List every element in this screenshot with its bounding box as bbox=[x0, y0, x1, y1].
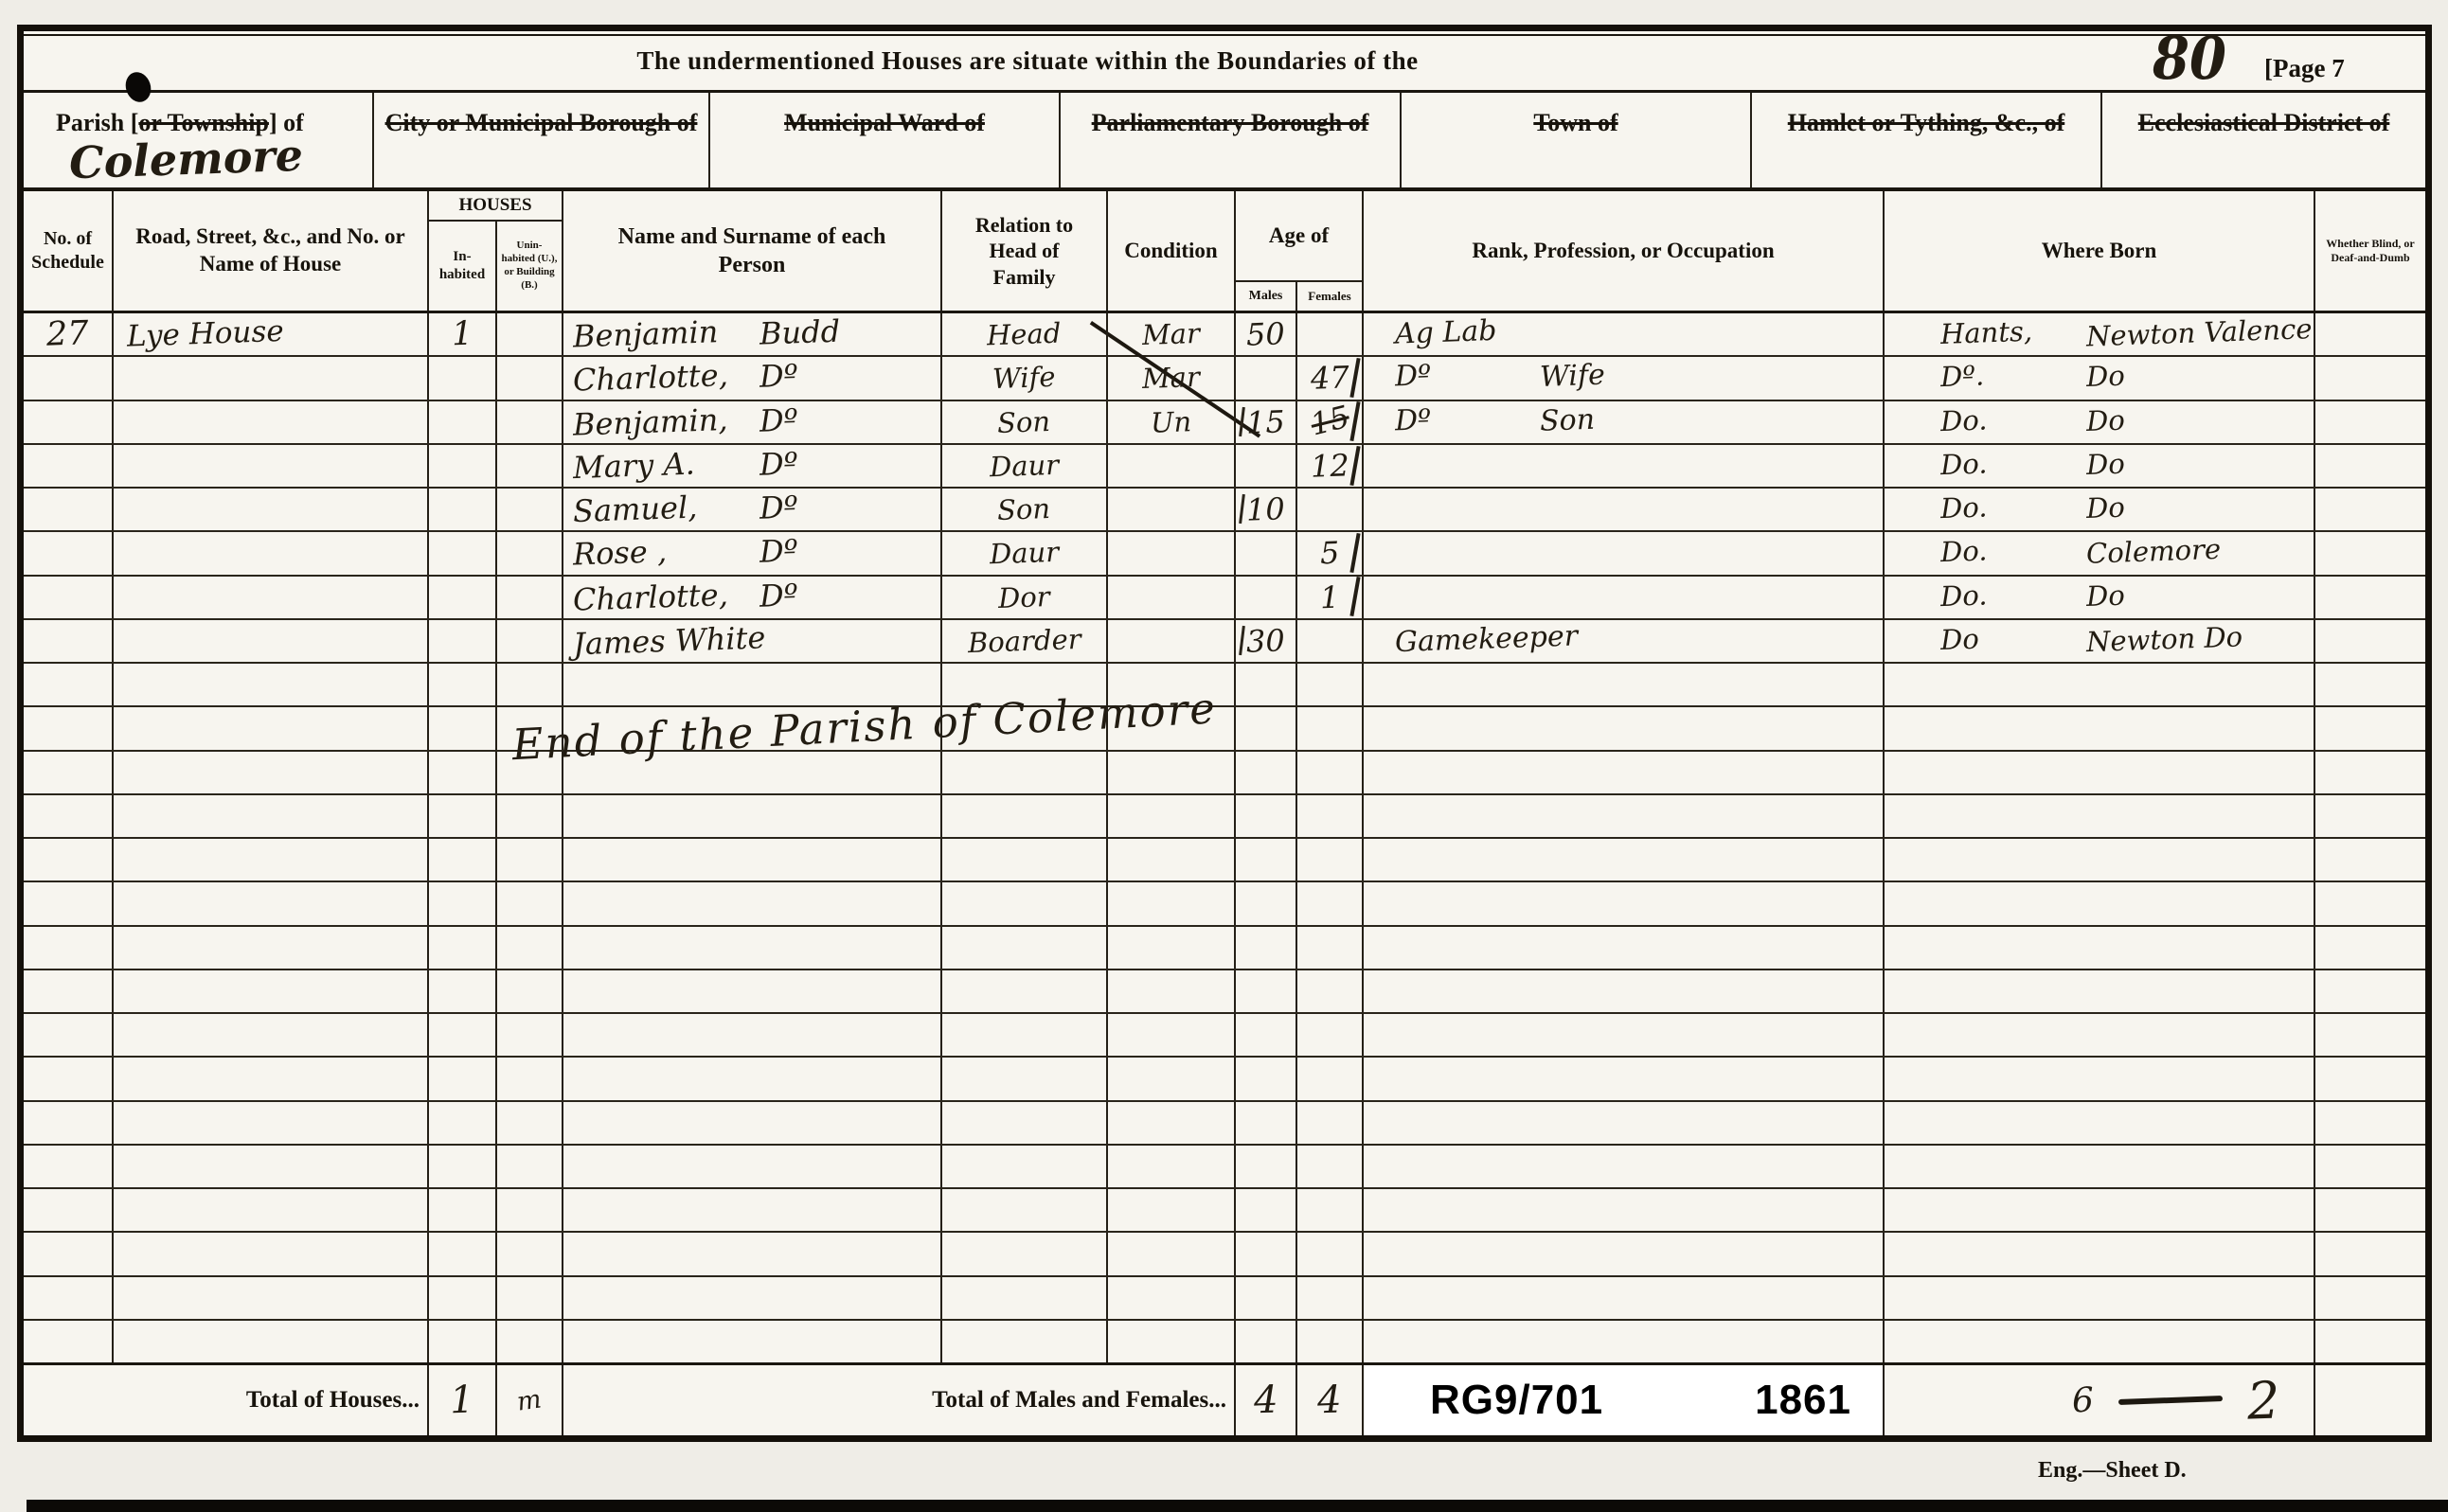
cell-occupation: Gamekeeper bbox=[1364, 620, 1885, 662]
cell-age-females bbox=[1297, 970, 1364, 1012]
cell-name bbox=[563, 1189, 942, 1231]
cell-infirmity bbox=[2315, 1189, 2425, 1231]
cell-where-born bbox=[1885, 664, 2315, 705]
parliamentary-borough-field: Parliamentary Borough of bbox=[1061, 93, 1402, 187]
cell-relation bbox=[942, 664, 1108, 705]
cell-where-born: Do.Do bbox=[1885, 489, 2315, 530]
cell-infirmity bbox=[2315, 664, 2425, 705]
cell-condition bbox=[1108, 752, 1236, 793]
cell-uninhabited bbox=[497, 357, 563, 399]
cell-condition bbox=[1108, 620, 1236, 662]
municipal-ward-field: Municipal Ward of bbox=[710, 93, 1061, 187]
cell-relation: Son bbox=[942, 401, 1108, 443]
cell-inhabited bbox=[429, 577, 497, 618]
cell-condition bbox=[1108, 1277, 1236, 1319]
cell-schedule bbox=[24, 445, 114, 487]
cell-relation bbox=[942, 839, 1108, 881]
cell-age-females bbox=[1297, 1146, 1364, 1187]
cell-road bbox=[114, 401, 429, 443]
cell-road bbox=[114, 752, 429, 793]
tally-stroke-female bbox=[1349, 358, 1360, 398]
cell-condition bbox=[1108, 927, 1236, 969]
cell-inhabited bbox=[429, 1233, 497, 1274]
cell-where-born: Dº.Do bbox=[1885, 357, 2315, 399]
table-row-empty bbox=[24, 1233, 2425, 1276]
table-row-empty bbox=[24, 1014, 2425, 1058]
cell-name bbox=[563, 839, 942, 881]
cell-where-born: Do.Colemore bbox=[1885, 532, 2315, 574]
cell-schedule bbox=[24, 532, 114, 574]
census-page-scan: The undermentioned Houses are situate wi… bbox=[0, 0, 2448, 1512]
cell-uninhabited bbox=[497, 313, 563, 355]
cell-road bbox=[114, 445, 429, 487]
cell-where-born bbox=[1885, 927, 2315, 969]
cell-schedule bbox=[24, 1277, 114, 1319]
cell-uninhabited bbox=[497, 664, 563, 705]
tally-stroke-male bbox=[1239, 494, 1245, 524]
cell-road bbox=[114, 664, 429, 705]
total-infirmity-empty bbox=[2315, 1365, 2425, 1435]
cell-uninhabited bbox=[497, 1321, 563, 1362]
cell-occupation bbox=[1364, 1321, 1885, 1362]
cell-relation bbox=[942, 1058, 1108, 1099]
cell-infirmity bbox=[2315, 1277, 2425, 1319]
cell-road bbox=[114, 1189, 429, 1231]
cell-uninhabited bbox=[497, 489, 563, 530]
tally-right: 2 bbox=[2246, 1370, 2281, 1431]
cell-inhabited bbox=[429, 1189, 497, 1231]
cell-age-males bbox=[1236, 357, 1297, 399]
total-males-females-label: Total of Males and Females... bbox=[563, 1365, 1236, 1435]
tally-stroke-male bbox=[1239, 407, 1245, 436]
cell-inhabited bbox=[429, 620, 497, 662]
cell-where-born: Do.Do bbox=[1885, 577, 2315, 618]
cell-road bbox=[114, 1277, 429, 1319]
archive-reference: RG9/701 bbox=[1430, 1377, 1603, 1424]
cell-infirmity bbox=[2315, 970, 2425, 1012]
cell-schedule bbox=[24, 970, 114, 1012]
table-row-empty bbox=[24, 1321, 2425, 1362]
cell-condition bbox=[1108, 1014, 1236, 1056]
cell-occupation bbox=[1364, 707, 1885, 749]
cell-age-females bbox=[1297, 1233, 1364, 1274]
cell-inhabited bbox=[429, 664, 497, 705]
cell-road bbox=[114, 1058, 429, 1099]
cell-relation: Head bbox=[942, 313, 1108, 355]
cell-where-born bbox=[1885, 1058, 2315, 1099]
cell-occupation bbox=[1364, 752, 1885, 793]
cell-inhabited bbox=[429, 882, 497, 924]
tally-stroke-female bbox=[1349, 533, 1360, 573]
cell-name bbox=[563, 970, 942, 1012]
col-age-group: Age of Males Females bbox=[1236, 191, 1364, 311]
parish-field: Parish [or Township] of Colemore bbox=[24, 93, 374, 187]
cell-schedule bbox=[24, 927, 114, 969]
cell-age-males: 10 bbox=[1236, 489, 1297, 530]
cell-inhabited bbox=[429, 445, 497, 487]
cell-road bbox=[114, 532, 429, 574]
cell-name bbox=[563, 1233, 942, 1274]
table-row-empty bbox=[24, 927, 2425, 970]
cell-occupation bbox=[1364, 1233, 1885, 1274]
cell-age-males bbox=[1236, 707, 1297, 749]
cell-inhabited bbox=[429, 401, 497, 443]
table-row-empty bbox=[24, 882, 2425, 926]
cell-age-males bbox=[1236, 882, 1297, 924]
cell-road bbox=[114, 357, 429, 399]
cell-name: Charlotte,Dº bbox=[563, 357, 942, 399]
cell-uninhabited bbox=[497, 882, 563, 924]
table-row-empty bbox=[24, 1058, 2425, 1101]
cell-age-males bbox=[1236, 1014, 1297, 1056]
cell-occupation bbox=[1364, 1277, 1885, 1319]
cell-schedule bbox=[24, 795, 114, 837]
cell-relation bbox=[942, 927, 1108, 969]
cell-where-born: DoNewton Do bbox=[1885, 620, 2315, 662]
total-males: 4 bbox=[1236, 1365, 1297, 1435]
total-females: 4 bbox=[1297, 1365, 1364, 1435]
cell-where-born bbox=[1885, 882, 2315, 924]
cell-name: Mary A.Dº bbox=[563, 445, 942, 487]
cell-condition bbox=[1108, 839, 1236, 881]
cell-schedule bbox=[24, 882, 114, 924]
cell-where-born: Do.Do bbox=[1885, 401, 2315, 443]
cell-name: BenjaminBudd bbox=[563, 313, 942, 355]
cell-age-females: 47 bbox=[1297, 357, 1364, 399]
cell-occupation bbox=[1364, 532, 1885, 574]
cell-age-males bbox=[1236, 1058, 1297, 1099]
cell-infirmity bbox=[2315, 357, 2425, 399]
cell-age-males: 50 bbox=[1236, 313, 1297, 355]
cell-uninhabited bbox=[497, 970, 563, 1012]
cell-age-males bbox=[1236, 1277, 1297, 1319]
cell-occupation bbox=[1364, 795, 1885, 837]
cell-relation bbox=[942, 970, 1108, 1012]
cell-schedule bbox=[24, 707, 114, 749]
cell-uninhabited bbox=[497, 1102, 563, 1144]
folio-number: 80 bbox=[2153, 25, 2226, 94]
table-row: Samuel,DºSon10Do.Do bbox=[24, 489, 2425, 532]
cell-relation: Boarder bbox=[942, 620, 1108, 662]
census-form: The undermentioned Houses are situate wi… bbox=[17, 25, 2432, 1442]
cell-road bbox=[114, 489, 429, 530]
ecclesiastical-field: Ecclesiastical District of bbox=[2102, 93, 2425, 187]
cell-age-females: 5 bbox=[1297, 532, 1364, 574]
table-row: James WhiteBoarder30GamekeeperDoNewton D… bbox=[24, 620, 2425, 664]
cell-infirmity bbox=[2315, 313, 2425, 355]
rows-area: End of the Parish of Colemore 27Lye Hous… bbox=[24, 313, 2425, 1362]
cell-schedule bbox=[24, 620, 114, 662]
cell-age-males: 30 bbox=[1236, 620, 1297, 662]
cell-uninhabited bbox=[497, 532, 563, 574]
cell-schedule bbox=[24, 1058, 114, 1099]
cell-relation bbox=[942, 1277, 1108, 1319]
cell-schedule bbox=[24, 1321, 114, 1362]
col-name: Name and Surname of each Person bbox=[563, 191, 942, 311]
cell-age-females bbox=[1297, 1321, 1364, 1362]
cell-name bbox=[563, 1277, 942, 1319]
cell-infirmity bbox=[2315, 577, 2425, 618]
cell-age-females bbox=[1297, 752, 1364, 793]
cell-road bbox=[114, 970, 429, 1012]
cell-name: Benjamin,Dº bbox=[563, 401, 942, 443]
cell-condition bbox=[1108, 1058, 1236, 1099]
cell-relation bbox=[942, 1102, 1108, 1144]
col-condition: Condition bbox=[1108, 191, 1236, 311]
cell-inhabited bbox=[429, 1058, 497, 1099]
table-row-empty bbox=[24, 1189, 2425, 1233]
cell-age-females bbox=[1297, 1058, 1364, 1099]
cell-relation bbox=[942, 1189, 1108, 1231]
cell-inhabited bbox=[429, 795, 497, 837]
cell-occupation bbox=[1364, 1014, 1885, 1056]
cell-uninhabited bbox=[497, 445, 563, 487]
column-header-band: No. of Schedule Road, Street, &c., and N… bbox=[24, 191, 2425, 313]
cell-occupation bbox=[1364, 489, 1885, 530]
cell-condition: Mar bbox=[1108, 357, 1236, 399]
cell-schedule: 27 bbox=[24, 313, 114, 355]
cell-infirmity bbox=[2315, 1102, 2425, 1144]
cell-occupation bbox=[1364, 1146, 1885, 1187]
cell-occupation: DºWife bbox=[1364, 357, 1885, 399]
cell-where-born bbox=[1885, 1277, 2315, 1319]
cell-infirmity bbox=[2315, 620, 2425, 662]
cell-where-born bbox=[1885, 1233, 2315, 1274]
cell-name bbox=[563, 927, 942, 969]
cell-name: Samuel,Dº bbox=[563, 489, 942, 530]
cell-age-females bbox=[1297, 1277, 1364, 1319]
table-row-empty bbox=[24, 1277, 2425, 1321]
cell-schedule bbox=[24, 1014, 114, 1056]
title-band: The undermentioned Houses are situate wi… bbox=[24, 31, 2425, 93]
cell-uninhabited bbox=[497, 707, 563, 749]
cell-infirmity bbox=[2315, 752, 2425, 793]
tally-left: 6 bbox=[2071, 1380, 2094, 1420]
cell-age-females: 12 bbox=[1297, 445, 1364, 487]
cell-condition bbox=[1108, 577, 1236, 618]
cell-age-females: 1 bbox=[1297, 577, 1364, 618]
tally-dash-mark bbox=[2118, 1396, 2223, 1405]
cell-condition bbox=[1108, 1233, 1236, 1274]
cell-schedule bbox=[24, 752, 114, 793]
cell-infirmity bbox=[2315, 489, 2425, 530]
cell-condition bbox=[1108, 1102, 1236, 1144]
cell-where-born bbox=[1885, 970, 2315, 1012]
cell-condition bbox=[1108, 970, 1236, 1012]
cell-age-females bbox=[1297, 795, 1364, 837]
cell-occupation bbox=[1364, 577, 1885, 618]
cell-infirmity bbox=[2315, 1321, 2425, 1362]
cell-inhabited: 1 bbox=[429, 313, 497, 355]
cell-uninhabited bbox=[497, 1189, 563, 1231]
table-row: Charlotte,DºDor1Do.Do bbox=[24, 577, 2425, 620]
cell-relation bbox=[942, 795, 1108, 837]
tally-stroke-female bbox=[1349, 446, 1360, 486]
cell-age-males bbox=[1236, 577, 1297, 618]
col-road: Road, Street, &c., and No. or Name of Ho… bbox=[114, 191, 429, 311]
cell-where-born bbox=[1885, 752, 2315, 793]
cell-condition bbox=[1108, 489, 1236, 530]
cell-relation bbox=[942, 1014, 1108, 1056]
cell-condition bbox=[1108, 882, 1236, 924]
col-inhabited: In-habited bbox=[429, 222, 497, 311]
scan-edge-artifact bbox=[27, 1500, 2448, 1512]
cell-relation: Dor bbox=[942, 577, 1108, 618]
table-row-empty bbox=[24, 795, 2425, 839]
cell-infirmity bbox=[2315, 927, 2425, 969]
cell-age-males bbox=[1236, 445, 1297, 487]
cell-condition bbox=[1108, 1146, 1236, 1187]
table-row-empty bbox=[24, 970, 2425, 1014]
cell-where-born bbox=[1885, 1014, 2315, 1056]
cell-uninhabited bbox=[497, 795, 563, 837]
cell-road: Lye House bbox=[114, 313, 429, 355]
cell-age-females bbox=[1297, 489, 1364, 530]
cell-infirmity bbox=[2315, 532, 2425, 574]
cell-occupation bbox=[1364, 1189, 1885, 1231]
cell-road bbox=[114, 1014, 429, 1056]
cell-road bbox=[114, 707, 429, 749]
cell-name bbox=[563, 664, 942, 705]
cell-where-born bbox=[1885, 839, 2315, 881]
tally-stroke-female bbox=[1349, 401, 1360, 441]
cell-road bbox=[114, 1321, 429, 1362]
cell-occupation bbox=[1364, 1102, 1885, 1144]
table-row-empty bbox=[24, 707, 2425, 751]
cell-name: Charlotte,Dº bbox=[563, 577, 942, 618]
cell-condition bbox=[1108, 795, 1236, 837]
enumerator-tally: 6 2 bbox=[1885, 1365, 2315, 1435]
col-females: Females bbox=[1297, 282, 1362, 311]
cell-infirmity bbox=[2315, 1233, 2425, 1274]
cell-relation bbox=[942, 752, 1108, 793]
cell-age-females bbox=[1297, 620, 1364, 662]
cell-infirmity bbox=[2315, 1058, 2425, 1099]
cell-uninhabited bbox=[497, 1014, 563, 1056]
cell-where-born bbox=[1885, 1189, 2315, 1231]
table-row: Rose ,DºDaur5Do.Colemore bbox=[24, 532, 2425, 576]
cell-relation: Daur bbox=[942, 532, 1108, 574]
cell-schedule bbox=[24, 664, 114, 705]
cell-uninhabited bbox=[497, 1058, 563, 1099]
cell-age-males bbox=[1236, 1189, 1297, 1231]
cell-inhabited bbox=[429, 1014, 497, 1056]
cell-infirmity bbox=[2315, 882, 2425, 924]
cell-relation bbox=[942, 1146, 1108, 1187]
cell-age-males bbox=[1236, 1321, 1297, 1362]
cell-uninhabited bbox=[497, 1277, 563, 1319]
cell-relation: Daur bbox=[942, 445, 1108, 487]
cell-road bbox=[114, 620, 429, 662]
cell-age-females bbox=[1297, 664, 1364, 705]
cell-road bbox=[114, 1102, 429, 1144]
cell-condition bbox=[1108, 445, 1236, 487]
col-houses-group: HOUSES In-habited Unin-habited (U.), or … bbox=[429, 191, 563, 311]
cell-schedule bbox=[24, 577, 114, 618]
cell-road bbox=[114, 577, 429, 618]
cell-relation bbox=[942, 707, 1108, 749]
cell-relation bbox=[942, 882, 1108, 924]
cell-condition: Mar bbox=[1108, 313, 1236, 355]
cell-uninhabited bbox=[497, 620, 563, 662]
table-row-empty bbox=[24, 752, 2425, 795]
cell-uninhabited bbox=[497, 577, 563, 618]
table-row: Mary A.DºDaur12Do.Do bbox=[24, 445, 2425, 489]
cell-name bbox=[563, 1321, 942, 1362]
cell-schedule bbox=[24, 489, 114, 530]
cell-age-females bbox=[1297, 927, 1364, 969]
total-houses-label: Total of Houses... bbox=[24, 1365, 429, 1435]
cell-infirmity bbox=[2315, 1146, 2425, 1187]
cell-schedule bbox=[24, 839, 114, 881]
cell-inhabited bbox=[429, 357, 497, 399]
col-infirmity: Whether Blind, or Deaf-and-Dumb bbox=[2315, 191, 2425, 311]
tally-stroke-female bbox=[1349, 577, 1360, 616]
cell-inhabited bbox=[429, 839, 497, 881]
col-where-born: Where Born bbox=[1885, 191, 2315, 311]
cell-age-females bbox=[1297, 707, 1364, 749]
table-row: Benjamin,DºSonUn1515DºSonDo.Do bbox=[24, 401, 2425, 445]
cell-name: James White bbox=[563, 620, 942, 662]
cell-inhabited bbox=[429, 752, 497, 793]
cell-where-born bbox=[1885, 1321, 2315, 1362]
cell-schedule bbox=[24, 1102, 114, 1144]
cell-name bbox=[563, 1058, 942, 1099]
col-schedule: No. of Schedule bbox=[24, 191, 114, 311]
cell-occupation bbox=[1364, 664, 1885, 705]
cell-schedule bbox=[24, 401, 114, 443]
cell-occupation bbox=[1364, 882, 1885, 924]
col-males: Males bbox=[1236, 282, 1297, 311]
col-houses-label: HOUSES bbox=[429, 191, 562, 222]
hamlet-field: Hamlet or Tything, &c., of bbox=[1752, 93, 2102, 187]
cell-uninhabited bbox=[497, 1146, 563, 1187]
cell-age-females bbox=[1297, 839, 1364, 881]
tally-stroke-male bbox=[1239, 626, 1245, 655]
table-row: Charlotte,DºWifeMar47DºWifeDº.Do bbox=[24, 357, 2425, 400]
cell-road bbox=[114, 839, 429, 881]
cell-name bbox=[563, 1014, 942, 1056]
cell-relation: Wife bbox=[942, 357, 1108, 399]
cell-age-males bbox=[1236, 970, 1297, 1012]
cell-occupation bbox=[1364, 1058, 1885, 1099]
cell-inhabited bbox=[429, 970, 497, 1012]
cell-age-males bbox=[1236, 1233, 1297, 1274]
cell-road bbox=[114, 882, 429, 924]
col-occupation: Rank, Profession, or Occupation bbox=[1364, 191, 1885, 311]
census-year: 1861 bbox=[1755, 1377, 1851, 1424]
cell-age-females bbox=[1297, 1189, 1364, 1231]
cell-where-born bbox=[1885, 1146, 2315, 1187]
table-row-empty bbox=[24, 1146, 2425, 1189]
cell-relation bbox=[942, 1321, 1108, 1362]
cell-inhabited bbox=[429, 532, 497, 574]
cell-age-males: 15 bbox=[1236, 401, 1297, 443]
cell-age-females bbox=[1297, 1014, 1364, 1056]
cell-where-born: Do.Do bbox=[1885, 445, 2315, 487]
cell-uninhabited bbox=[497, 401, 563, 443]
cell-inhabited bbox=[429, 707, 497, 749]
cell-age-females bbox=[1297, 313, 1364, 355]
cell-inhabited bbox=[429, 1321, 497, 1362]
cell-infirmity bbox=[2315, 839, 2425, 881]
cell-inhabited bbox=[429, 489, 497, 530]
town-field: Town of bbox=[1402, 93, 1752, 187]
cell-infirmity bbox=[2315, 401, 2425, 443]
table-row-empty bbox=[24, 1102, 2425, 1146]
cell-relation: Son bbox=[942, 489, 1108, 530]
cell-where-born bbox=[1885, 707, 2315, 749]
